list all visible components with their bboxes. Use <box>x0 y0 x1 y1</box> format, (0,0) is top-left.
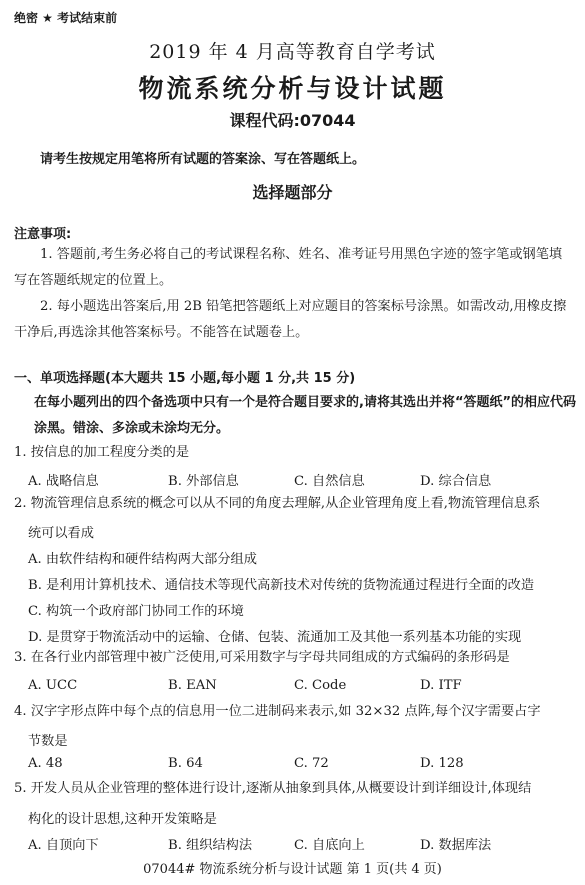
notice-item-2: 2. 每小题选出答案后,用 2B 铅笔把答题纸上对应题目的答案标号涂黑。如需改动… <box>14 294 574 346</box>
question-3-option-d: D. ITF <box>420 678 462 693</box>
subject-title: 物流系统分析与设计试题 <box>0 69 585 105</box>
question-5-option-a: A. 自顶向下 <box>28 834 99 853</box>
question-5-stem-cont: 构化的设计思想,这种开发策略是 <box>28 808 217 827</box>
question-1-option-c: C. 自然信息 <box>294 470 365 489</box>
question-1-option-a: A. 战略信息 <box>28 470 99 489</box>
question-2-option-d: D. 是贯穿于物流活动中的运输、仓储、包装、流通加工及其他一系列基本功能的实现 <box>28 626 521 645</box>
question-3-option-a: A. UCC <box>28 678 77 693</box>
question-5-option-d: D. 数据库法 <box>420 834 491 853</box>
question-4-option-a: A. 48 <box>28 756 63 771</box>
question-5-option-c: C. 自底向上 <box>294 834 365 853</box>
page-footer: 07044# 物流系统分析与设计试题 第 1 页(共 4 页) <box>0 858 585 877</box>
section-title: 选择题部分 <box>0 180 585 203</box>
question-4-option-d: D. 128 <box>420 756 464 771</box>
question-1-stem: 1. 按信息的加工程度分类的是 <box>14 440 579 466</box>
part-one-heading: 一、单项选择题(本大题共 15 小题,每小题 1 分,共 15 分) <box>14 367 355 386</box>
answer-instruction: 请考生按规定用笔将所有试题的答案涂、写在答题纸上。 <box>40 148 365 167</box>
question-2-stem-cont: 统可以看成 <box>28 522 94 541</box>
question-2-option-c: C. 构筑一个政府部门协同工作的环境 <box>28 600 244 619</box>
course-code: 课程代码:07044 <box>0 108 585 131</box>
question-5-stem: 5. 开发人员从企业管理的整体进行设计,逐渐从抽象到具体,从概要设计到详细设计,… <box>14 776 579 802</box>
question-4-option-c: C. 72 <box>294 756 329 771</box>
question-4-stem: 4. 汉字字形点阵中每个点的信息用一位二进制码来表示,如 32×32 点阵,每个… <box>14 699 579 725</box>
notice-label: 注意事项: <box>14 223 71 242</box>
exam-title: 2019 年 4 月高等教育自学考试 <box>0 37 585 64</box>
confidential-label: 绝密 ★ 考试结束前 <box>14 9 117 26</box>
question-3-option-b: B. EAN <box>168 678 217 693</box>
question-2-option-a: A. 由软件结构和硬件结构两大部分组成 <box>28 548 257 567</box>
question-2-option-b: B. 是利用计算机技术、通信技术等现代高新技术对传统的货物流通过程进行全面的改造 <box>28 574 534 593</box>
question-5-option-b: B. 组织结构法 <box>168 834 252 853</box>
question-4-stem-cont: 节数是 <box>28 730 68 749</box>
question-1-option-b: B. 外部信息 <box>168 470 239 489</box>
question-2-stem: 2. 物流管理信息系统的概念可以从不同的角度去理解,从企业管理角度上看,物流管理… <box>14 491 579 517</box>
question-1-option-d: D. 综合信息 <box>420 470 491 489</box>
part-one-description: 在每小题列出的四个备选项中只有一个是符合题目要求的,请将其选出并将“答题纸”的相… <box>34 390 579 442</box>
question-4-option-b: B. 64 <box>168 756 203 771</box>
question-3-stem: 3. 在各行业内部管理中被广泛使用,可采用数字与字母共同组成的方式编码的条形码是 <box>14 645 579 671</box>
notice-item-1: 1. 答题前,考生务必将自己的考试课程名称、姓名、准考证号用黑色字迹的签字笔或钢… <box>14 242 574 294</box>
question-3-option-c: C. Code <box>294 678 346 693</box>
